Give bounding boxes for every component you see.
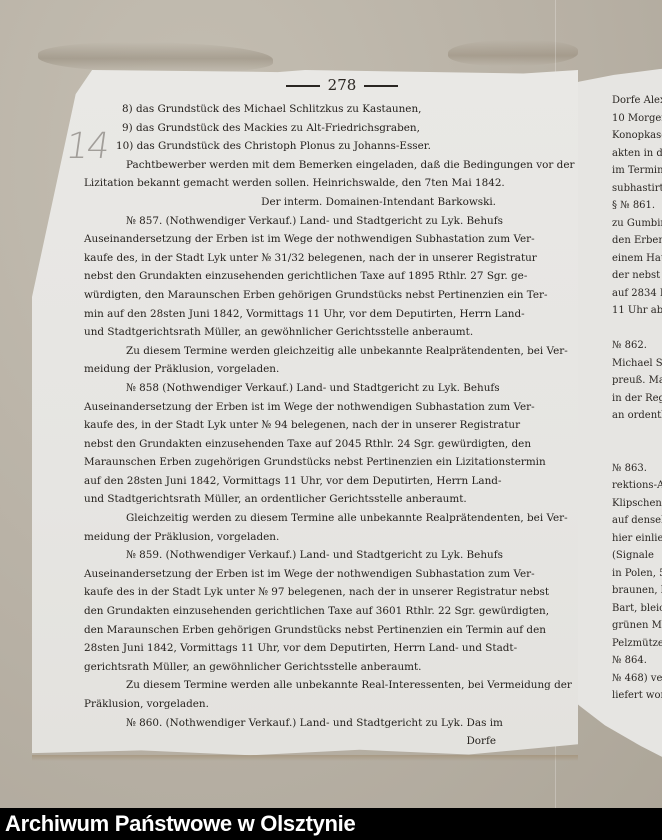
fragment-line: № 864. [612, 652, 662, 670]
text-line: Maraunschen Erben zugehörigen Grundstück… [84, 453, 496, 472]
fragment-line: 11 Uhr ab, an [612, 302, 662, 320]
adjacent-page-fragment: Dorfe Alexan10 Morgen 7Konopkaschenakten… [578, 68, 662, 760]
text-line: und Stadtgerichtsrath Müller, an ordentl… [84, 490, 496, 509]
fragment-line: Pelzmütze. [612, 635, 662, 653]
fragment-line: grünen Manquin [612, 617, 662, 635]
fragment-line: Bart, bleiches [612, 600, 662, 618]
text-line: № 858 (Nothwendiger Verkauf.) Land- und … [104, 379, 496, 398]
text-line: Auseinandersetzung der Erben ist im Wege… [84, 230, 496, 249]
fragment-line: einem Hause m [612, 250, 662, 268]
fragment-line: № 468) verfol [612, 670, 662, 688]
text-line: Auseinandersetzung der Erben ist im Wege… [84, 398, 496, 417]
fragment-line: liefert worden. [612, 687, 662, 705]
fragment-line [612, 320, 662, 338]
rule-left [286, 85, 320, 87]
text-line: Pachtbewerber werden mit dem Bemerken ei… [104, 156, 496, 175]
fragment-line: an ordentlicher [612, 407, 662, 425]
text-line: nebst den Grundakten einzusehenden Taxe … [84, 435, 496, 454]
text-line: kaufe des, in der Stadt Lyk unter № 31/3… [84, 249, 496, 268]
page-number: 278 [328, 76, 357, 94]
fragment-line: im Termine d [612, 162, 662, 180]
fragment-line: Klipschen und [612, 495, 662, 513]
text-line: Gleichzeitig werden zu diesem Termine al… [104, 509, 496, 528]
document-body: 8) das Grundstück des Michael Schlitzkus… [104, 100, 496, 751]
fragment-line: der nebst Hyp [612, 267, 662, 285]
fragment-line: rektions-Anstal [612, 477, 662, 495]
fragment-line: Dorfe Alexan [612, 92, 662, 110]
text-line: Dorfe [104, 732, 496, 751]
fragment-line: hier einliefern [612, 530, 662, 548]
fragment-line: № 863. [612, 460, 662, 478]
text-line: № 860. (Nothwendiger Verkauf.) Land- und… [104, 714, 496, 733]
text-line: kaufe des, in der Stadt Lyk unter № 94 b… [84, 416, 496, 435]
fragment-line: 10 Morgen 7 [612, 110, 662, 128]
adjacent-page-text: Dorfe Alexan10 Morgen 7Konopkaschenakten… [612, 92, 662, 705]
text-line: würdigten, den Maraunschen Erben gehörig… [84, 286, 496, 305]
text-line: Auseinandersetzung der Erben ist im Wege… [84, 565, 496, 584]
page-number-header: 278 [0, 76, 662, 94]
fragment-line: den Erben der [612, 232, 662, 250]
text-line: Der interm. Domainen-Intendant Barkowski… [104, 193, 496, 212]
text-line: Präklusion, vorgeladen. [84, 695, 496, 714]
text-line: 8) das Grundstück des Michael Schlitzkus… [104, 100, 496, 119]
text-line: min auf den 28sten Juni 1842, Vormittags… [84, 305, 496, 324]
fragment-line: in der Registrat [612, 390, 662, 408]
fragment-line: in Polen, 5 F [612, 565, 662, 583]
text-line: 9) das Grundstück des Mackies zu Alt-Fri… [104, 119, 496, 138]
fragment-line: Michael Schlitz [612, 355, 662, 373]
text-line: nebst den Grundakten einzusehenden geric… [84, 267, 496, 286]
fragment-line: akten in der [612, 145, 662, 163]
fragment-line: № 862. [612, 337, 662, 355]
fragment-line [612, 442, 662, 460]
text-line: meidung der Präklusion, vorgeladen. [84, 528, 496, 547]
fragment-line: auf denselben [612, 512, 662, 530]
text-line: № 859. (Nothwendiger Verkauf.) Land- und… [104, 546, 496, 565]
text-line: Zu diesem Termine werden gleichzeitig al… [104, 342, 496, 361]
text-line: den Maraunschen Erben gehörigen Grundstü… [84, 621, 496, 640]
text-line: Zu diesem Termine werden alle unbekannte… [104, 676, 496, 695]
rule-right [364, 85, 398, 87]
text-line: kaufe des in der Stadt Lyk unter № 97 be… [84, 583, 496, 602]
text-line: № 857. (Nothwendiger Verkauf.) Land- und… [104, 212, 496, 231]
fragment-line: zu Gumbinnen [612, 215, 662, 233]
torn-edge [32, 755, 578, 761]
fragment-line: preuß. Maaßes, [612, 372, 662, 390]
fragment-line: (Signale [612, 547, 662, 565]
fragment-line: § № 861. [612, 197, 662, 215]
fragment-line: auf 2834 Rthlr [612, 285, 662, 303]
text-line: auf den 28sten Juni 1842, Vormittags 11 … [84, 472, 496, 491]
text-line: 10) das Grundstück des Christoph Plonus … [104, 137, 496, 156]
text-line: 28sten Juni 1842, Vormittags 11 Uhr, vor… [84, 639, 496, 658]
text-line: meidung der Präklusion, vorgeladen. [84, 360, 496, 379]
archive-name: Archiwum Państwowe w Olsztynie [5, 811, 355, 837]
text-line: gerichtsrath Müller, an gewöhnlicher Ger… [84, 658, 496, 677]
fragment-line: subhastirt wer [612, 180, 662, 198]
fragment-line: Konopkaschen [612, 127, 662, 145]
text-line: Lizitation bekannt gemacht werden sollen… [84, 174, 496, 193]
water-stain [448, 40, 578, 66]
text-line: und Stadtgerichtsrath Müller, an gewöhnl… [84, 323, 496, 342]
text-line: den Grundakten einzusehenden gerichtlich… [84, 602, 496, 621]
fragment-line: braunen, braun [612, 582, 662, 600]
fragment-line [612, 425, 662, 443]
archive-footer: Archiwum Państwowe w Olsztynie [0, 808, 662, 840]
